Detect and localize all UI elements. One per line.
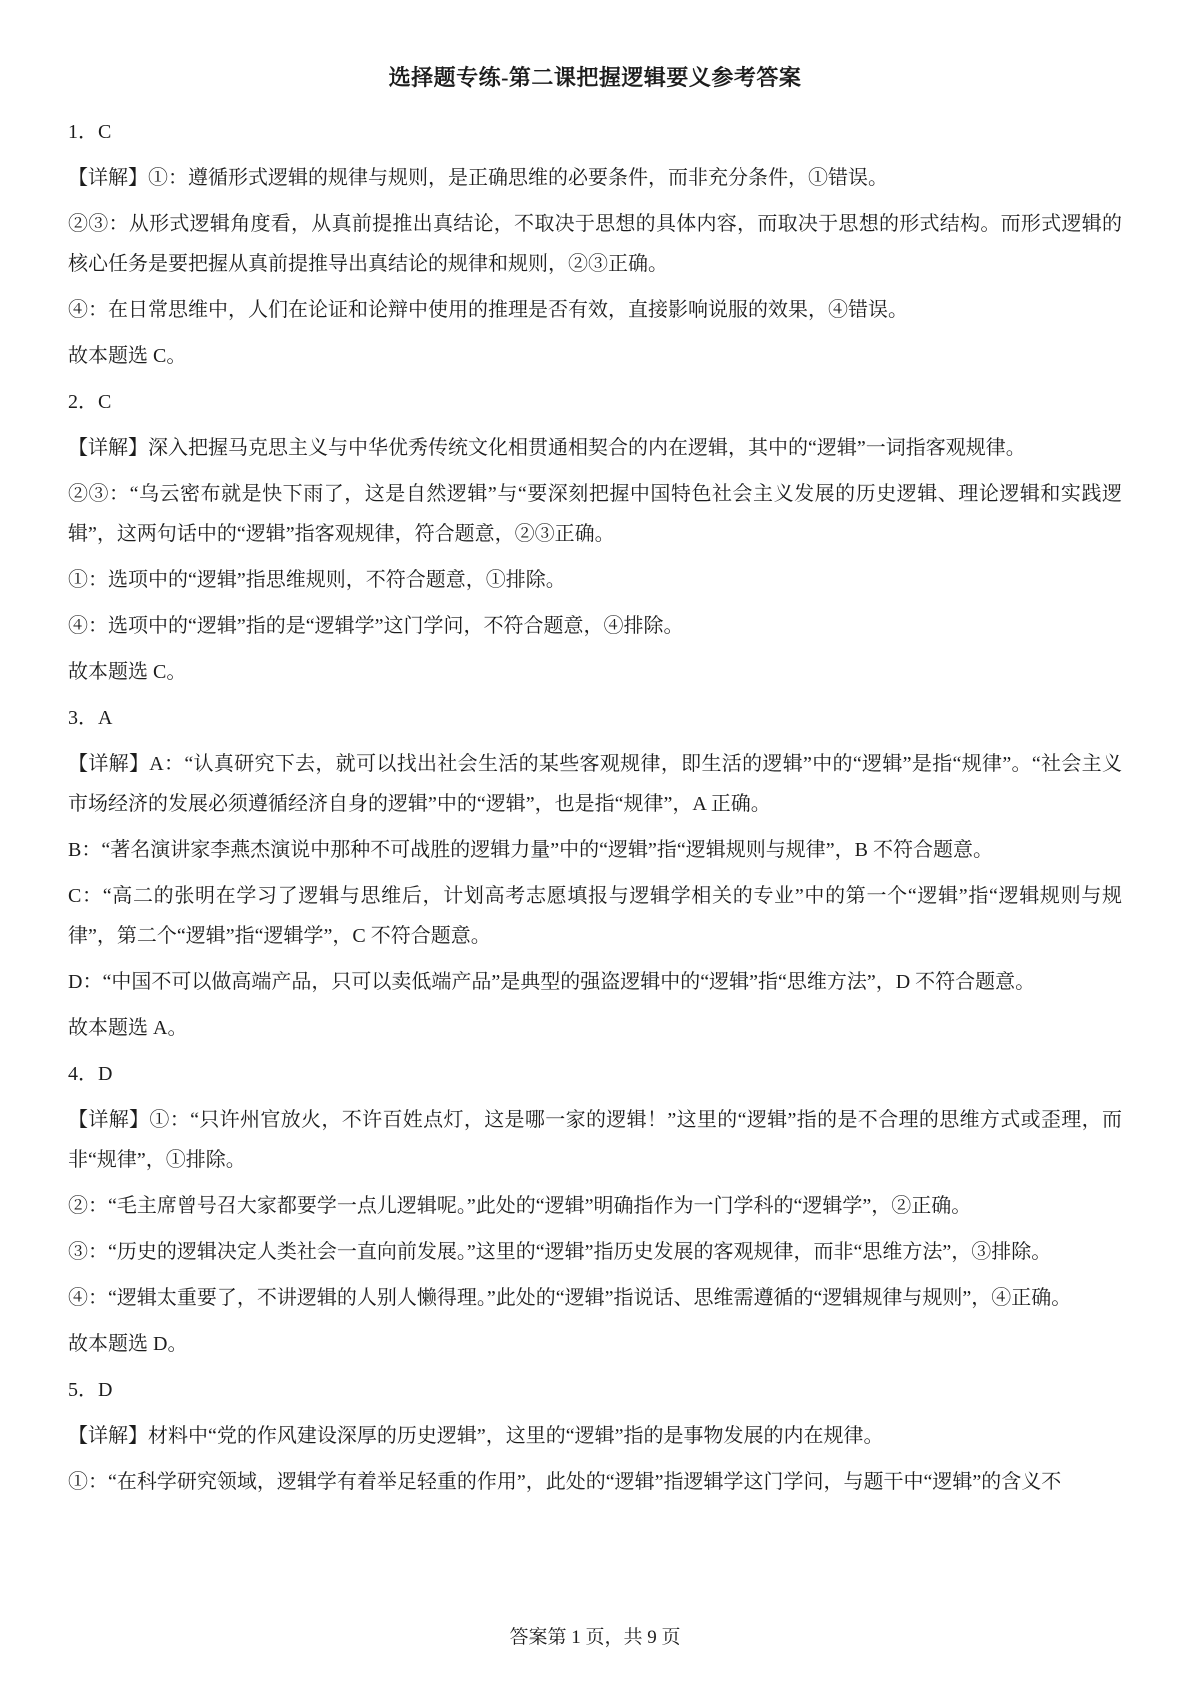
explanation-paragraph: 故本题选 D。	[68, 1324, 1122, 1364]
explanation-paragraph: 【详解】材料中“党的作风建设深厚的历史逻辑”，这里的“逻辑”指的是事物发展的内在…	[68, 1416, 1122, 1456]
page-footer: 答案第 1 页，共 9 页	[0, 1624, 1190, 1652]
answer-item-2: 2．C 【详解】深入把握马克思主义与中华优秀传统文化相贯通相契合的内在逻辑，其中…	[68, 382, 1122, 692]
explanation-paragraph: 故本题选 C。	[68, 652, 1122, 692]
answer-label: 2．C	[68, 382, 1122, 422]
answer-label: 1．C	[68, 112, 1122, 152]
answer-label: 3．A	[68, 698, 1122, 738]
explanation-paragraph: ①：“在科学研究领域，逻辑学有着举足轻重的作用”，此处的“逻辑”指逻辑学这门学问…	[68, 1462, 1122, 1502]
explanation-paragraph: 【详解】①：遵循形式逻辑的规律与规则，是正确思维的必要条件，而非充分条件，①错误…	[68, 158, 1122, 198]
explanation-paragraph: ③：“历史的逻辑决定人类社会一直向前发展。”这里的“逻辑”指历史发展的客观规律，…	[68, 1232, 1122, 1272]
answer-item-1: 1．C 【详解】①：遵循形式逻辑的规律与规则，是正确思维的必要条件，而非充分条件…	[68, 112, 1122, 376]
answer-item-5: 5．D 【详解】材料中“党的作风建设深厚的历史逻辑”，这里的“逻辑”指的是事物发…	[68, 1370, 1122, 1502]
explanation-paragraph: B：“著名演讲家李燕杰演说中那种不可战胜的逻辑力量”中的“逻辑”指“逻辑规则与规…	[68, 830, 1122, 870]
explanation-paragraph: ④：选项中的“逻辑”指的是“逻辑学”这门学问，不符合题意，④排除。	[68, 606, 1122, 646]
answer-label: 4．D	[68, 1054, 1122, 1094]
explanation-paragraph: ②③：“乌云密布就是快下雨了，这是自然逻辑”与“要深刻把握中国特色社会主义发展的…	[68, 474, 1122, 554]
answer-item-3: 3．A 【详解】A：“认真研究下去，就可以找出社会生活的某些客观规律，即生活的逻…	[68, 698, 1122, 1048]
explanation-paragraph: ①：选项中的“逻辑”指思维规则，不符合题意，①排除。	[68, 560, 1122, 600]
explanation-paragraph: 【详解】A：“认真研究下去，就可以找出社会生活的某些客观规律，即生活的逻辑”中的…	[68, 744, 1122, 824]
explanation-paragraph: 故本题选 C。	[68, 336, 1122, 376]
explanation-paragraph: ②：“毛主席曾号召大家都要学一点儿逻辑呢。”此处的“逻辑”明确指作为一门学科的“…	[68, 1186, 1122, 1226]
explanation-paragraph: 【详解】①：“只许州官放火，不许百姓点灯，这是哪一家的逻辑！”这里的“逻辑”指的…	[68, 1100, 1122, 1180]
explanation-paragraph: ②③：从形式逻辑角度看，从真前提推出真结论，不取决于思想的具体内容，而取决于思想…	[68, 204, 1122, 284]
explanation-paragraph: ④：在日常思维中，人们在论证和论辩中使用的推理是否有效，直接影响说服的效果，④错…	[68, 290, 1122, 330]
explanation-paragraph: ④：“逻辑太重要了，不讲逻辑的人别人懒得理。”此处的“逻辑”指说话、思维需遵循的…	[68, 1278, 1122, 1318]
explanation-paragraph: D：“中国不可以做高端产品，只可以卖低端产品”是典型的强盗逻辑中的“逻辑”指“思…	[68, 962, 1122, 1002]
answer-item-4: 4．D 【详解】①：“只许州官放火，不许百姓点灯，这是哪一家的逻辑！”这里的“逻…	[68, 1054, 1122, 1364]
explanation-paragraph: C：“高二的张明在学习了逻辑与思维后，计划高考志愿填报与逻辑学相关的专业”中的第…	[68, 876, 1122, 956]
document-page: 选择题专练-第二课把握逻辑要义参考答案 1．C 【详解】①：遵循形式逻辑的规律与…	[0, 0, 1190, 1682]
explanation-paragraph: 故本题选 A。	[68, 1008, 1122, 1048]
answers-list: 1．C 【详解】①：遵循形式逻辑的规律与规则，是正确思维的必要条件，而非充分条件…	[68, 112, 1122, 1502]
page-title: 选择题专练-第二课把握逻辑要义参考答案	[68, 62, 1122, 94]
explanation-paragraph: 【详解】深入把握马克思主义与中华优秀传统文化相贯通相契合的内在逻辑，其中的“逻辑…	[68, 428, 1122, 468]
answer-label: 5．D	[68, 1370, 1122, 1410]
